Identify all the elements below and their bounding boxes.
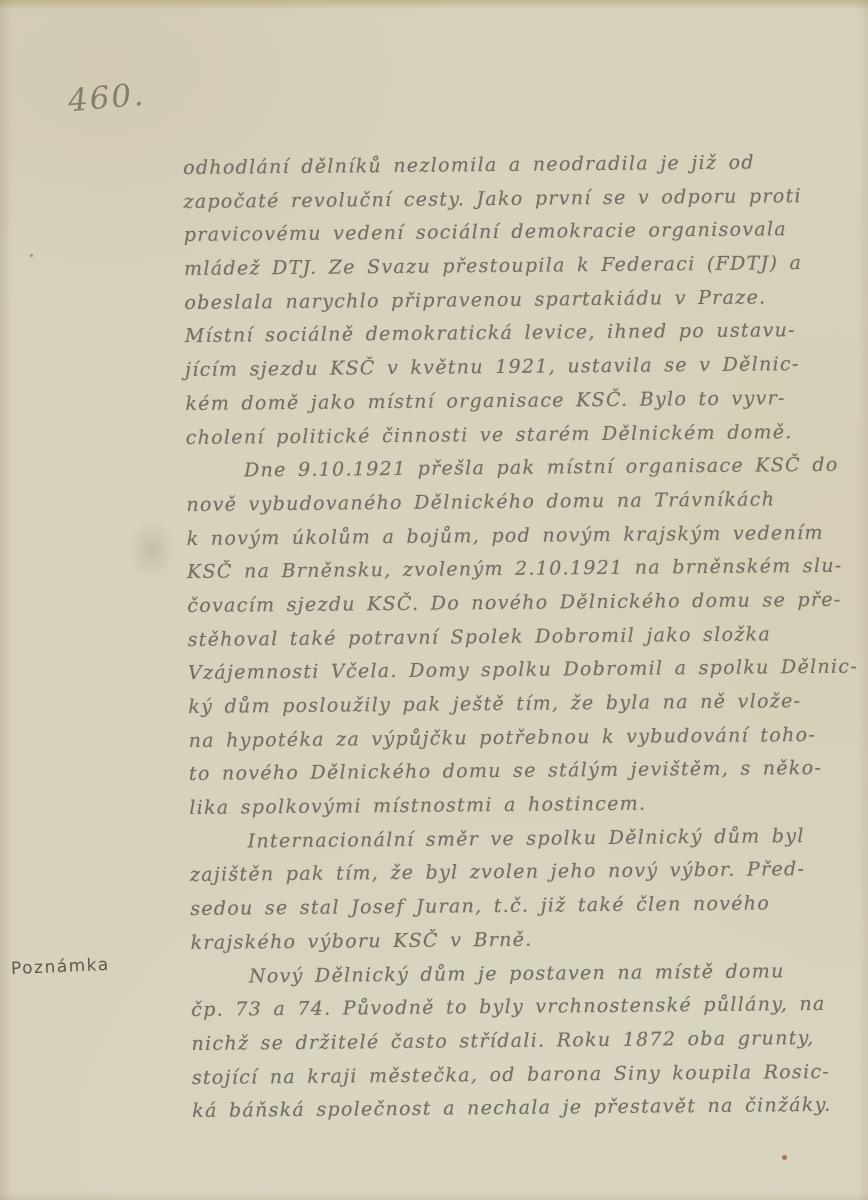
paper-top-edge [0, 0, 868, 10]
text-line: sedou se stal Josef Juran, t.č. již také… [190, 887, 852, 927]
manuscript-page: 460. Poznámka odhodlání dělníků nezlomil… [0, 0, 868, 1200]
text-line: nichž se držitelé často střídali. Roku 1… [191, 1021, 853, 1061]
paper-smudge [128, 520, 176, 580]
text-line: kém domě jako místní organisace KSČ. Byl… [185, 381, 847, 421]
paper-speck-red [782, 1155, 787, 1160]
margin-note: Poznámka [11, 955, 110, 979]
handwritten-text-block: odhodlání dělníků nezlomila a neodradila… [183, 146, 854, 1129]
text-line: to nového Dělnického domu se stálým jevi… [189, 752, 851, 792]
page-number: 460. [67, 77, 147, 120]
text-line: nově vybudovaného Dělnického domu na Trá… [186, 483, 848, 523]
paper-right-edge [858, 0, 868, 1200]
paper-left-edge [0, 0, 12, 1200]
paper-speck-dark [30, 254, 33, 257]
paper-bottom-edge [0, 1192, 868, 1200]
text-line: ká báňská společnost a nechala je přesta… [192, 1089, 854, 1129]
